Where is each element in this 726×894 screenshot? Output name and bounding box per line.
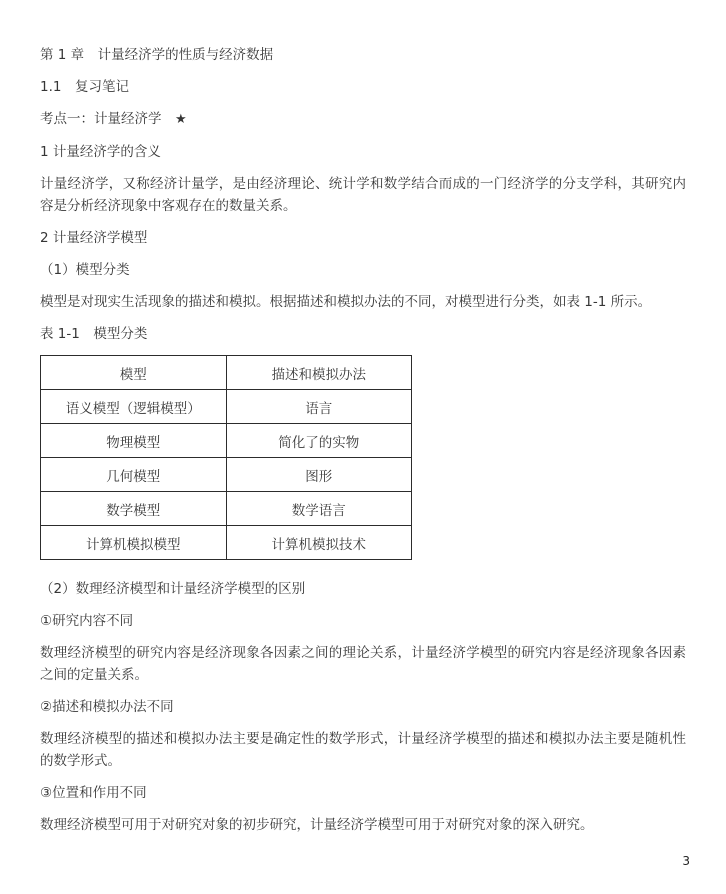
keypoint-title-text: 考点一：计量经济学 [40, 111, 175, 127]
difference-3-heading: ③位置和作用不同 [40, 782, 686, 804]
table-cell: 数学语言 [226, 492, 412, 526]
table-cell: 数学模型 [41, 492, 227, 526]
keypoint-title: 考点一：计量经济学 ★ [40, 108, 686, 131]
table-cell: 几何模型 [41, 458, 227, 492]
document-page: 第 1 章 计量经济学的性质与经济数据 1.1 复习笔记 考点一：计量经济学 ★… [0, 0, 726, 836]
difference-1-heading: ①研究内容不同 [40, 610, 686, 632]
difference-1-paragraph: 数理经济模型的研究内容是经济现象各因素之间的理论关系，计量经济学模型的研究内容是… [40, 642, 686, 686]
difference-3-paragraph: 数理经济模型可用于对研究对象的初步研究，计量经济学模型可用于对研究对象的深入研究… [40, 814, 686, 836]
item-1-paragraph: 模型是对现实生活现象的描述和模拟。根据描述和模拟办法的不同，对模型进行分类，如表… [40, 291, 686, 313]
item-2-heading: （2）数理经济模型和计量经济学模型的区别 [40, 578, 686, 600]
item-1-heading: （1）模型分类 [40, 259, 686, 281]
subsection-1-heading: 1 计量经济学的含义 [40, 141, 686, 163]
table-cell: 语言 [226, 390, 412, 424]
subsection-2-heading: 2 计量经济学模型 [40, 227, 686, 249]
table-cell: 计算机模拟技术 [226, 526, 412, 560]
model-classification-table: 模型 描述和模拟办法 语义模型（逻辑模型） 语言 物理模型 简化了的实物 几何模… [40, 355, 412, 560]
table-cell: 物理模型 [41, 424, 227, 458]
table-header-row: 模型 描述和模拟办法 [41, 356, 412, 390]
table-cell: 图形 [226, 458, 412, 492]
chapter-title: 第 1 章 计量经济学的性质与经济数据 [40, 44, 686, 66]
star-icon: ★ [175, 112, 187, 127]
table-cell: 语义模型（逻辑模型） [41, 390, 227, 424]
page-number: 3 [682, 854, 690, 868]
table-header-cell: 模型 [41, 356, 227, 390]
table-header-cell: 描述和模拟办法 [226, 356, 412, 390]
table-row: 物理模型 简化了的实物 [41, 424, 412, 458]
table-cell: 计算机模拟模型 [41, 526, 227, 560]
table-cell: 简化了的实物 [226, 424, 412, 458]
table-row: 计算机模拟模型 计算机模拟技术 [41, 526, 412, 560]
difference-2-paragraph: 数理经济模型的描述和模拟办法主要是确定性的数学形式，计量经济学模型的描述和模拟办… [40, 728, 686, 772]
section-title: 1.1 复习笔记 [40, 76, 686, 98]
table-row: 几何模型 图形 [41, 458, 412, 492]
table-row: 语义模型（逻辑模型） 语言 [41, 390, 412, 424]
table-row: 数学模型 数学语言 [41, 492, 412, 526]
table-caption: 表 1-1 模型分类 [40, 323, 686, 345]
subsection-1-paragraph: 计量经济学，又称经济计量学，是由经济理论、统计学和数学结合而成的一门经济学的分支… [40, 173, 686, 217]
difference-2-heading: ②描述和模拟办法不同 [40, 696, 686, 718]
